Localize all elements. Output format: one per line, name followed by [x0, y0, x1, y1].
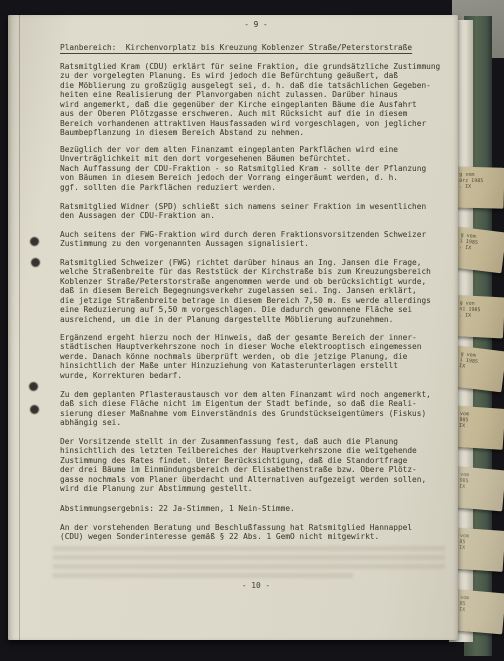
punch-hole-mark [31, 258, 40, 267]
scanned-document-photo: g vom ärz 1985 . IX g vom i 1985 . IX g … [0, 0, 504, 661]
paragraph: Bezüglich der vor dem alten Finanzamt ei… [60, 145, 452, 192]
paragraph: Zu dem geplanten Pflasteraustausch vor d… [60, 390, 452, 428]
punch-hole-mark [29, 382, 38, 391]
section-heading: Planbereich: Kirchenvorplatz bis Kreuzun… [60, 43, 452, 52]
show-through-artifact [53, 564, 445, 569]
page-crease-line [19, 15, 20, 640]
show-through-artifact [53, 546, 445, 551]
page-number-top: - 9 - [60, 20, 452, 29]
punch-hole-mark [30, 405, 39, 414]
show-through-artifact [53, 555, 445, 560]
page-number-bottom: - 10 - [60, 581, 452, 590]
paragraph: Ratsmitglied Schweizer (FWG) richtet dar… [60, 258, 452, 324]
show-through-artifact [53, 573, 353, 578]
document-page: - 9 - Planbereich: Kirchenvorplatz bis K… [8, 15, 458, 640]
paragraph: Ratsmitglied Widner (SPD) schließt sich … [60, 202, 452, 221]
punch-hole-mark [30, 237, 39, 246]
paragraph: Auch seitens der FWG-Fraktion wird durch… [60, 230, 452, 249]
paragraph: Der Vorsitzende stellt in der Zusammenfa… [60, 437, 452, 494]
paragraph: An der vorstehenden Beratung und Beschlu… [60, 523, 452, 542]
vote-result-line: Abstimmungsergebnis: 22 Ja-Stimmen, 1 Ne… [60, 504, 452, 513]
paragraph: Ratsmitglied Kram (CDU) erklärt für sein… [60, 62, 452, 138]
paragraph: Ergänzend ergeht hierzu noch der Hinweis… [60, 333, 452, 380]
